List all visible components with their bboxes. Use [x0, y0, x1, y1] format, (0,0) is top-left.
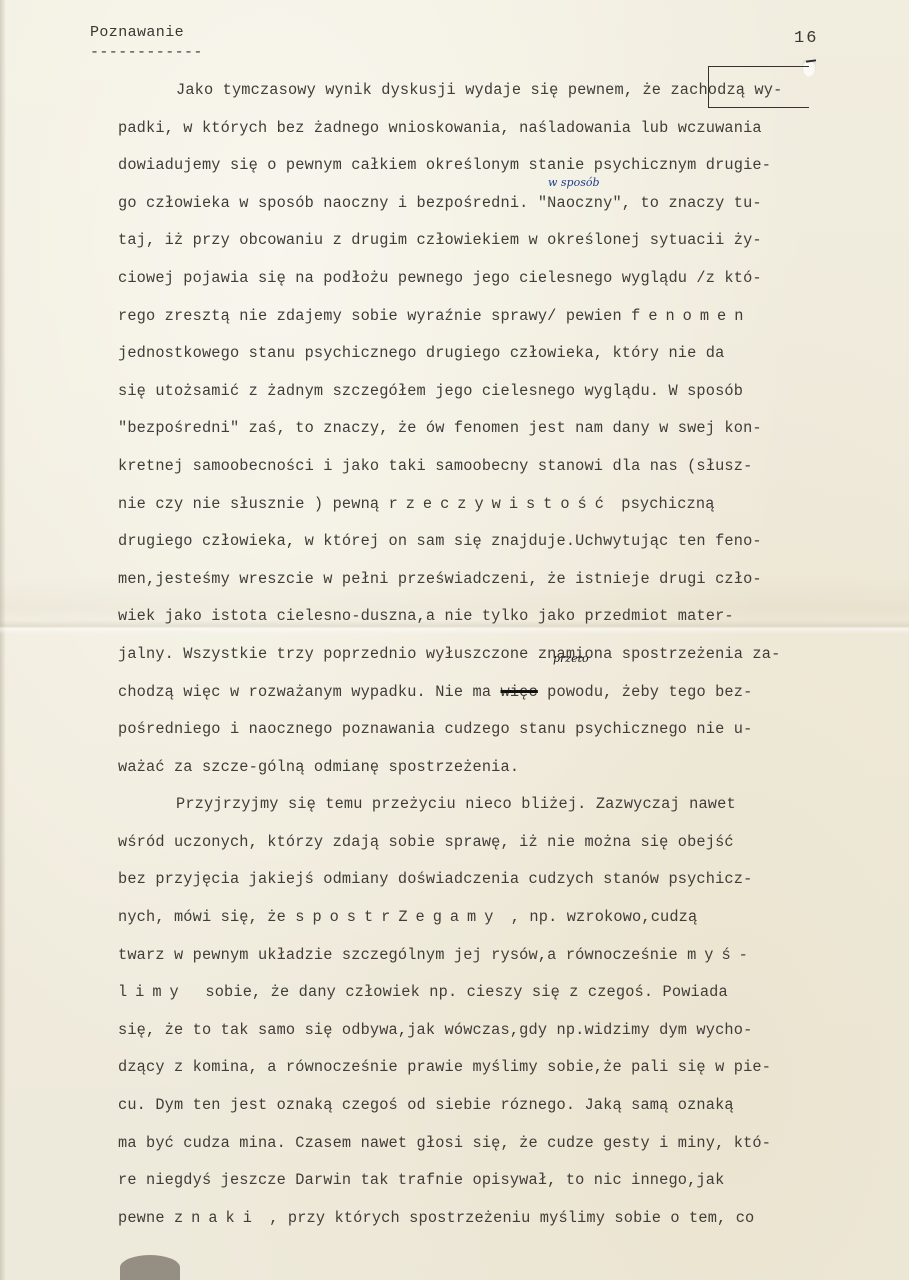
text-line: wśród uczonych, którzy zdają sobie spraw…: [118, 824, 878, 862]
text-line: pośredniego i naocznego poznawania cudze…: [118, 711, 878, 749]
text-line: jednostkowego stanu psychicznego drugieg…: [118, 335, 878, 373]
text-line: się, że to tak samo się odbywa,jak wówcz…: [118, 1012, 878, 1050]
text-segment: twarz w pewnym układzie szczególnym jej …: [118, 946, 687, 964]
text-line: cu. Dym ten jest oznaką czegoś od siebie…: [118, 1087, 878, 1125]
paper-stain: [120, 1255, 180, 1280]
text-segment: sobie, że dany człowiek np. cieszy się z…: [187, 983, 728, 1001]
text-segment: rego zresztą nie zdajemy sobie wyraźnie …: [118, 307, 631, 325]
text-segment: nych, mówi się, że: [118, 908, 295, 926]
text-line: kretnej samoobecności i jako taki samoob…: [118, 448, 878, 486]
document-page: Poznawanie ------------ 16 w sposób prze…: [0, 0, 909, 1280]
section-title: Poznawanie: [90, 24, 184, 41]
page-edge-shadow: [0, 0, 6, 1280]
text-line: ma być cudza mina. Czasem nawet głosi si…: [118, 1125, 878, 1163]
text-line: dowiadujemy się o pewnym całkiem określo…: [118, 147, 878, 185]
text-segment: nie czy nie słusznie ) pewną: [118, 495, 389, 513]
text-line: się utożsamić z żadnym szczegółem jego c…: [118, 373, 878, 411]
text-line: bez przyjęcia jakiejś odmiany doświadcze…: [118, 861, 878, 899]
struck-word: więc: [501, 683, 538, 701]
text-line: chodzą więc w rozważanym wypadku. Nie ma…: [118, 674, 878, 712]
spaced-emphasis: znaki: [174, 1209, 260, 1227]
text-line: rego zresztą nie zdajemy sobie wyraźnie …: [118, 298, 878, 336]
text-line: re niegdyś jeszcze Darwin tak trafnie op…: [118, 1162, 878, 1200]
spaced-emphasis: spostrZegamy: [295, 908, 501, 926]
text-segment: powodu, żeby tego bez-: [538, 683, 753, 701]
text-line: "bezpośredni" zaś, to znaczy, że ów feno…: [118, 410, 878, 448]
text-line: jalny. Wszystkie trzy poprzednio wyłuszc…: [118, 636, 878, 674]
text-line: nych, mówi się, że spostrZegamy , np. wz…: [118, 899, 878, 937]
text-line: go człowieka w sposób naoczny i bezpośre…: [118, 185, 878, 223]
document-body: Jako tymczasowy wynik dyskusji wydaje si…: [118, 72, 878, 1237]
text-segment: pewne: [118, 1209, 174, 1227]
text-line: dzący z komina, a równocześnie prawie my…: [118, 1049, 878, 1087]
text-segment: psychiczną: [612, 495, 715, 513]
text-line: men,jesteśmy wreszcie w pełni przeświadc…: [118, 561, 878, 599]
text-line: Jako tymczasowy wynik dyskusji wydaje si…: [118, 72, 878, 110]
text-segment: , np. wzrokowo,cudzą: [501, 908, 697, 926]
text-line: limy sobie, że dany człowiek np. cieszy …: [118, 974, 878, 1012]
text-segment: , przy których spostrzeżeniu myślimy sob…: [260, 1209, 754, 1227]
text-line: twarz w pewnym układzie szczególnym jej …: [118, 937, 878, 975]
text-line: ciowej pojawia się na podłożu pewnego je…: [118, 260, 878, 298]
spaced-emphasis: myś-: [687, 946, 756, 964]
text-line: ważać za szcze-gólną odmianę spostrzeżen…: [118, 749, 878, 787]
text-line: pewne znaki , przy których spostrzeżeniu…: [118, 1200, 878, 1238]
text-line: wiek jako istota cielesno-duszna,a nie t…: [118, 598, 878, 636]
text-line: padki, w których bez żadnego wnioskowani…: [118, 110, 878, 148]
page-number: 16: [794, 29, 818, 48]
text-line: drugiego człowieka, w której on sam się …: [118, 523, 878, 561]
text-line: Przyjrzyjmy się temu przeżyciu nieco bli…: [118, 786, 878, 824]
title-underline: ------------: [90, 44, 203, 61]
text-segment: chodzą więc w rozważanym wypadku. Nie ma: [118, 683, 501, 701]
text-line: nie czy nie słusznie ) pewną rzeczywisto…: [118, 486, 878, 524]
spaced-emphasis: rzeczywistość: [389, 495, 612, 513]
text-line: taj, iż przy obcowaniu z drugim człowiek…: [118, 222, 878, 260]
spaced-emphasis: limy: [118, 983, 187, 1001]
spaced-emphasis: fenomen: [631, 307, 751, 325]
